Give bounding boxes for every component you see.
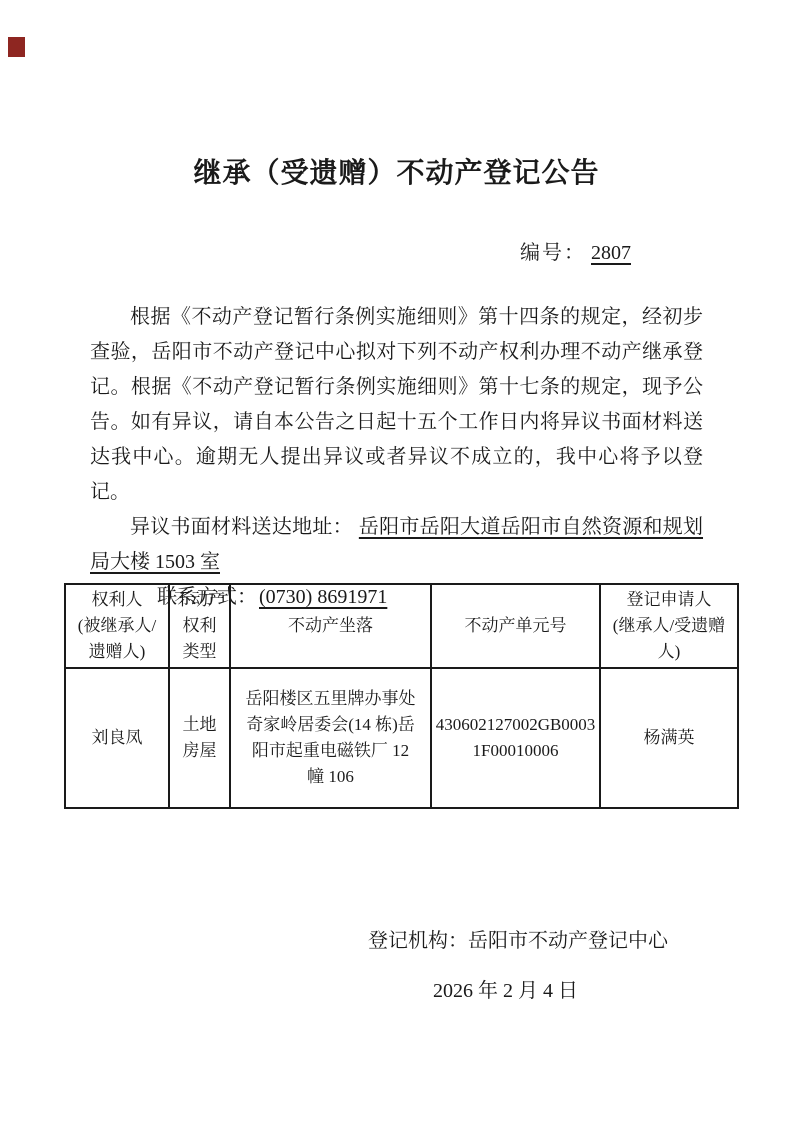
table-row: 刘良凤 土地 房屋 岳阳楼区五里牌办事处 奇家岭居委会(14 栋)岳 阳市起重电… <box>65 668 738 808</box>
serial-number-line: 编号：2807 <box>520 238 636 268</box>
date-line: 2026 年 2 月 4 日 <box>433 978 578 1004</box>
table-header-row: 权利人 (被继承人/ 遗赠人) 不动产 权利 类型 不动产坐落 不动产单元号 登… <box>65 584 738 668</box>
header-unit-number: 不动产单元号 <box>431 584 600 668</box>
serial-label: 编号： <box>520 242 586 264</box>
cell-right-holder: 刘良凤 <box>65 668 169 808</box>
document-title: 继承（受遗赠）不动产登记公告 <box>0 155 793 191</box>
address-label: 异议书面材料送达地址： <box>130 516 353 538</box>
address-line: 异议书面材料送达地址：岳阳市岳阳大道岳阳市自然资源和规划局大楼 1503 室 <box>90 510 703 580</box>
notice-paragraph: 根据《不动产登记暂行条例实施细则》第十四条的规定，经初步查验，岳阳市不动产登记中… <box>90 300 703 510</box>
notice-body: 根据《不动产登记暂行条例实施细则》第十四条的规定，经初步查验，岳阳市不动产登记中… <box>90 300 703 615</box>
cell-unit-number: 430602127002GB0003 1F00010006 <box>431 668 600 808</box>
header-right-type: 不动产 权利 类型 <box>169 584 230 668</box>
serial-value: 2807 <box>586 242 636 264</box>
header-applicant: 登记申请人 (继承人/受遗赠 人) <box>600 584 738 668</box>
agency-line: 登记机构：岳阳市不动产登记中心 <box>368 928 668 954</box>
cell-right-type: 土地 房屋 <box>169 668 230 808</box>
corner-red-mark <box>8 37 25 57</box>
page: { "page": { "title": "继承（受遗赠）不动产登记公告", "… <box>0 0 793 1122</box>
header-property-location: 不动产坐落 <box>230 584 431 668</box>
cell-property-location: 岳阳楼区五里牌办事处 奇家岭居委会(14 栋)岳 阳市起重电磁铁厂 12 幢 1… <box>230 668 431 808</box>
registration-table: 权利人 (被继承人/ 遗赠人) 不动产 权利 类型 不动产坐落 不动产单元号 登… <box>64 583 739 809</box>
header-right-holder: 权利人 (被继承人/ 遗赠人) <box>65 584 169 668</box>
cell-applicant: 杨满英 <box>600 668 738 808</box>
